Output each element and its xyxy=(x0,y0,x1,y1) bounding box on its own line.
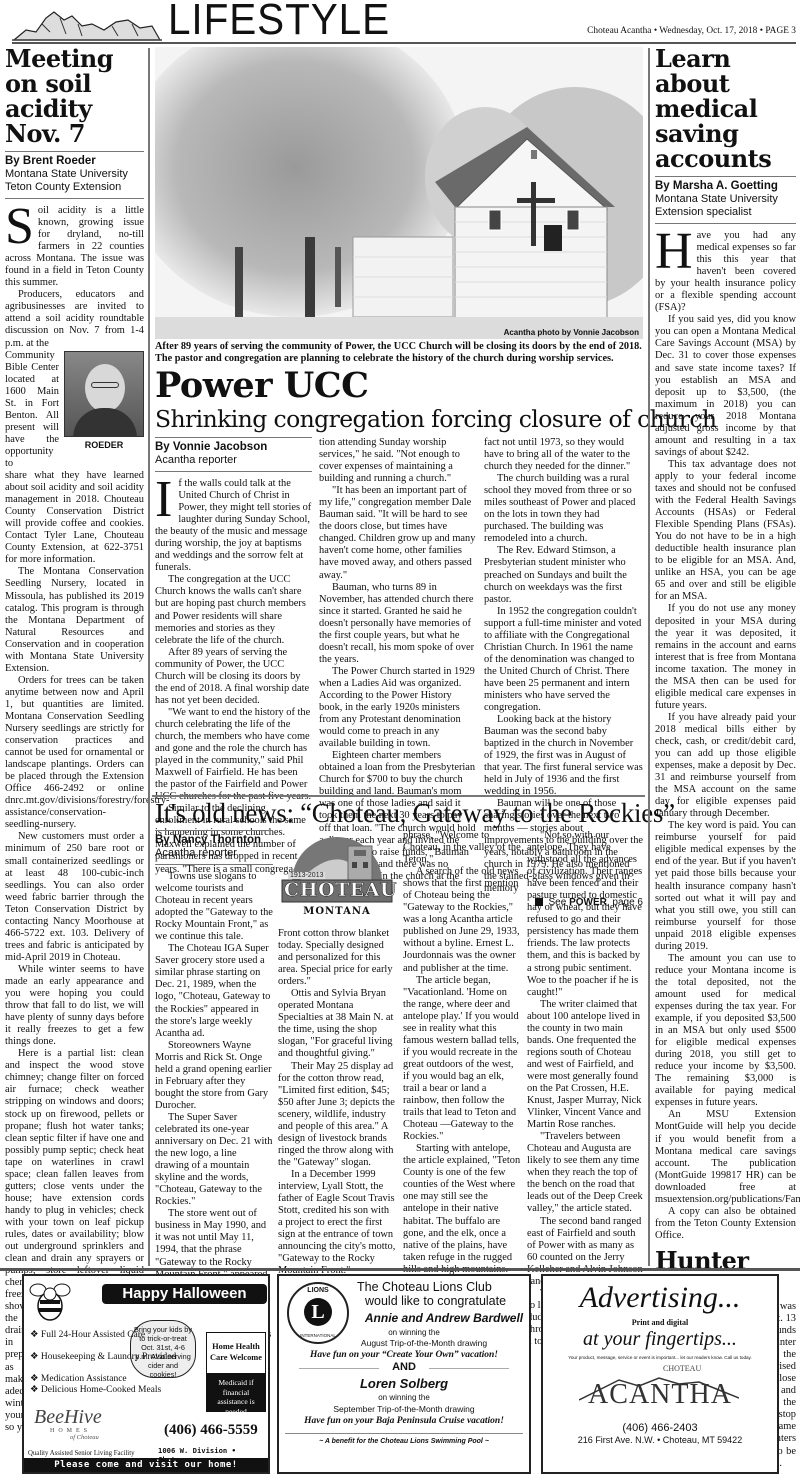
choteau-headline: It's old news: “Choteau, Gateway to the … xyxy=(155,797,675,829)
power-headline: Power UCC xyxy=(155,366,368,406)
column-rule-right xyxy=(648,48,650,1266)
medical-body: Have you had any medical expenses so far… xyxy=(655,230,796,1242)
services-list: ❖ Full 24-Hour Assisted Care ❖ Housekeep… xyxy=(30,1330,190,1396)
power-byline: By Vonnie Jacobson Acantha reporter xyxy=(155,437,312,472)
acantha-ad[interactable]: Advertising... Print and digital at your… xyxy=(541,1274,779,1474)
soil-article: Meeting on soil acidity Nov. 7 By Brent … xyxy=(5,46,144,1447)
beehive-phone[interactable]: (406) 466-5559 xyxy=(164,1422,258,1439)
photo-credit: Acantha photo by Vonnie Jacobson xyxy=(504,328,639,337)
mountain-logo-icon xyxy=(12,6,162,42)
medical-article: Learn about medical saving accounts By M… xyxy=(655,46,796,1470)
choteau-byline: By Nancy Thornton Acantha reporter xyxy=(155,830,273,865)
service-item: ❖ Full 24-Hour Assisted Care xyxy=(30,1330,190,1341)
photo-caption: ROEDER xyxy=(64,439,144,451)
service-item: ❖ Delicious Home-Cooked Meals xyxy=(30,1385,190,1396)
beehive-ad[interactable]: Happy Halloween Bring your kids by to tr… xyxy=(22,1274,270,1474)
medical-byline: By Marsha A. Goetting Montana State Univ… xyxy=(655,176,796,224)
church-photo-image xyxy=(155,47,643,339)
roeder-photo: ROEDER xyxy=(64,351,144,451)
roeder-portrait-image xyxy=(64,351,144,437)
beehive-logo: BeeHive HOMES of Choteau xyxy=(34,1406,134,1441)
section-title: LIFESTYLE xyxy=(168,0,390,42)
page-folio: Choteau Acantha • Wednesday, Oct. 17, 20… xyxy=(587,26,796,36)
beehive-tagline: Quality Assisted Senior Living Facility xyxy=(28,1450,134,1457)
dropcap: I xyxy=(155,480,172,520)
column-rule-left xyxy=(148,48,150,1266)
dropcap: H xyxy=(655,232,693,272)
masthead: LIFESTYLE Choteau Acantha • Wednesday, O… xyxy=(0,0,800,44)
beehive-footer: Please come and visit our home! xyxy=(24,1458,268,1472)
service-item: ❖ Medication Assistance xyxy=(30,1374,190,1385)
medical-headline: Learn about medical saving accounts xyxy=(655,46,796,171)
dropcap: S xyxy=(5,207,34,247)
home-health-box: Home Health Care Welcome Medicaid if fin… xyxy=(206,1332,266,1412)
soil-headline: Meeting on soil acidity Nov. 7 xyxy=(5,46,144,146)
choteau-centennial-logo: 1913-2013 CHOTEAU MONTANA xyxy=(278,832,396,927)
soil-byline: By Brent Roeder Montana State University… xyxy=(5,151,144,199)
church-photo: Acantha photo by Vonnie Jacobson xyxy=(155,47,643,339)
halloween-banner: Happy Halloween xyxy=(102,1284,267,1304)
bee-mascot-icon xyxy=(28,1280,72,1324)
service-item: ❖ Housekeeping & Laundry Provided xyxy=(30,1352,190,1363)
soil-body: Soil acidity is a little known, growing … xyxy=(5,205,144,1434)
photo-cutline: After 89 years of serving the community … xyxy=(155,341,645,365)
lions-club-ad[interactable]: LIONS L INTERNATIONAL The Choteau Lions … xyxy=(277,1274,531,1474)
ads-divider xyxy=(0,1268,800,1271)
acantha-logo: CHOTEAU ACANTHA xyxy=(543,1364,777,1414)
power-subhead: Shrinking congregation forcing closure o… xyxy=(155,405,716,433)
